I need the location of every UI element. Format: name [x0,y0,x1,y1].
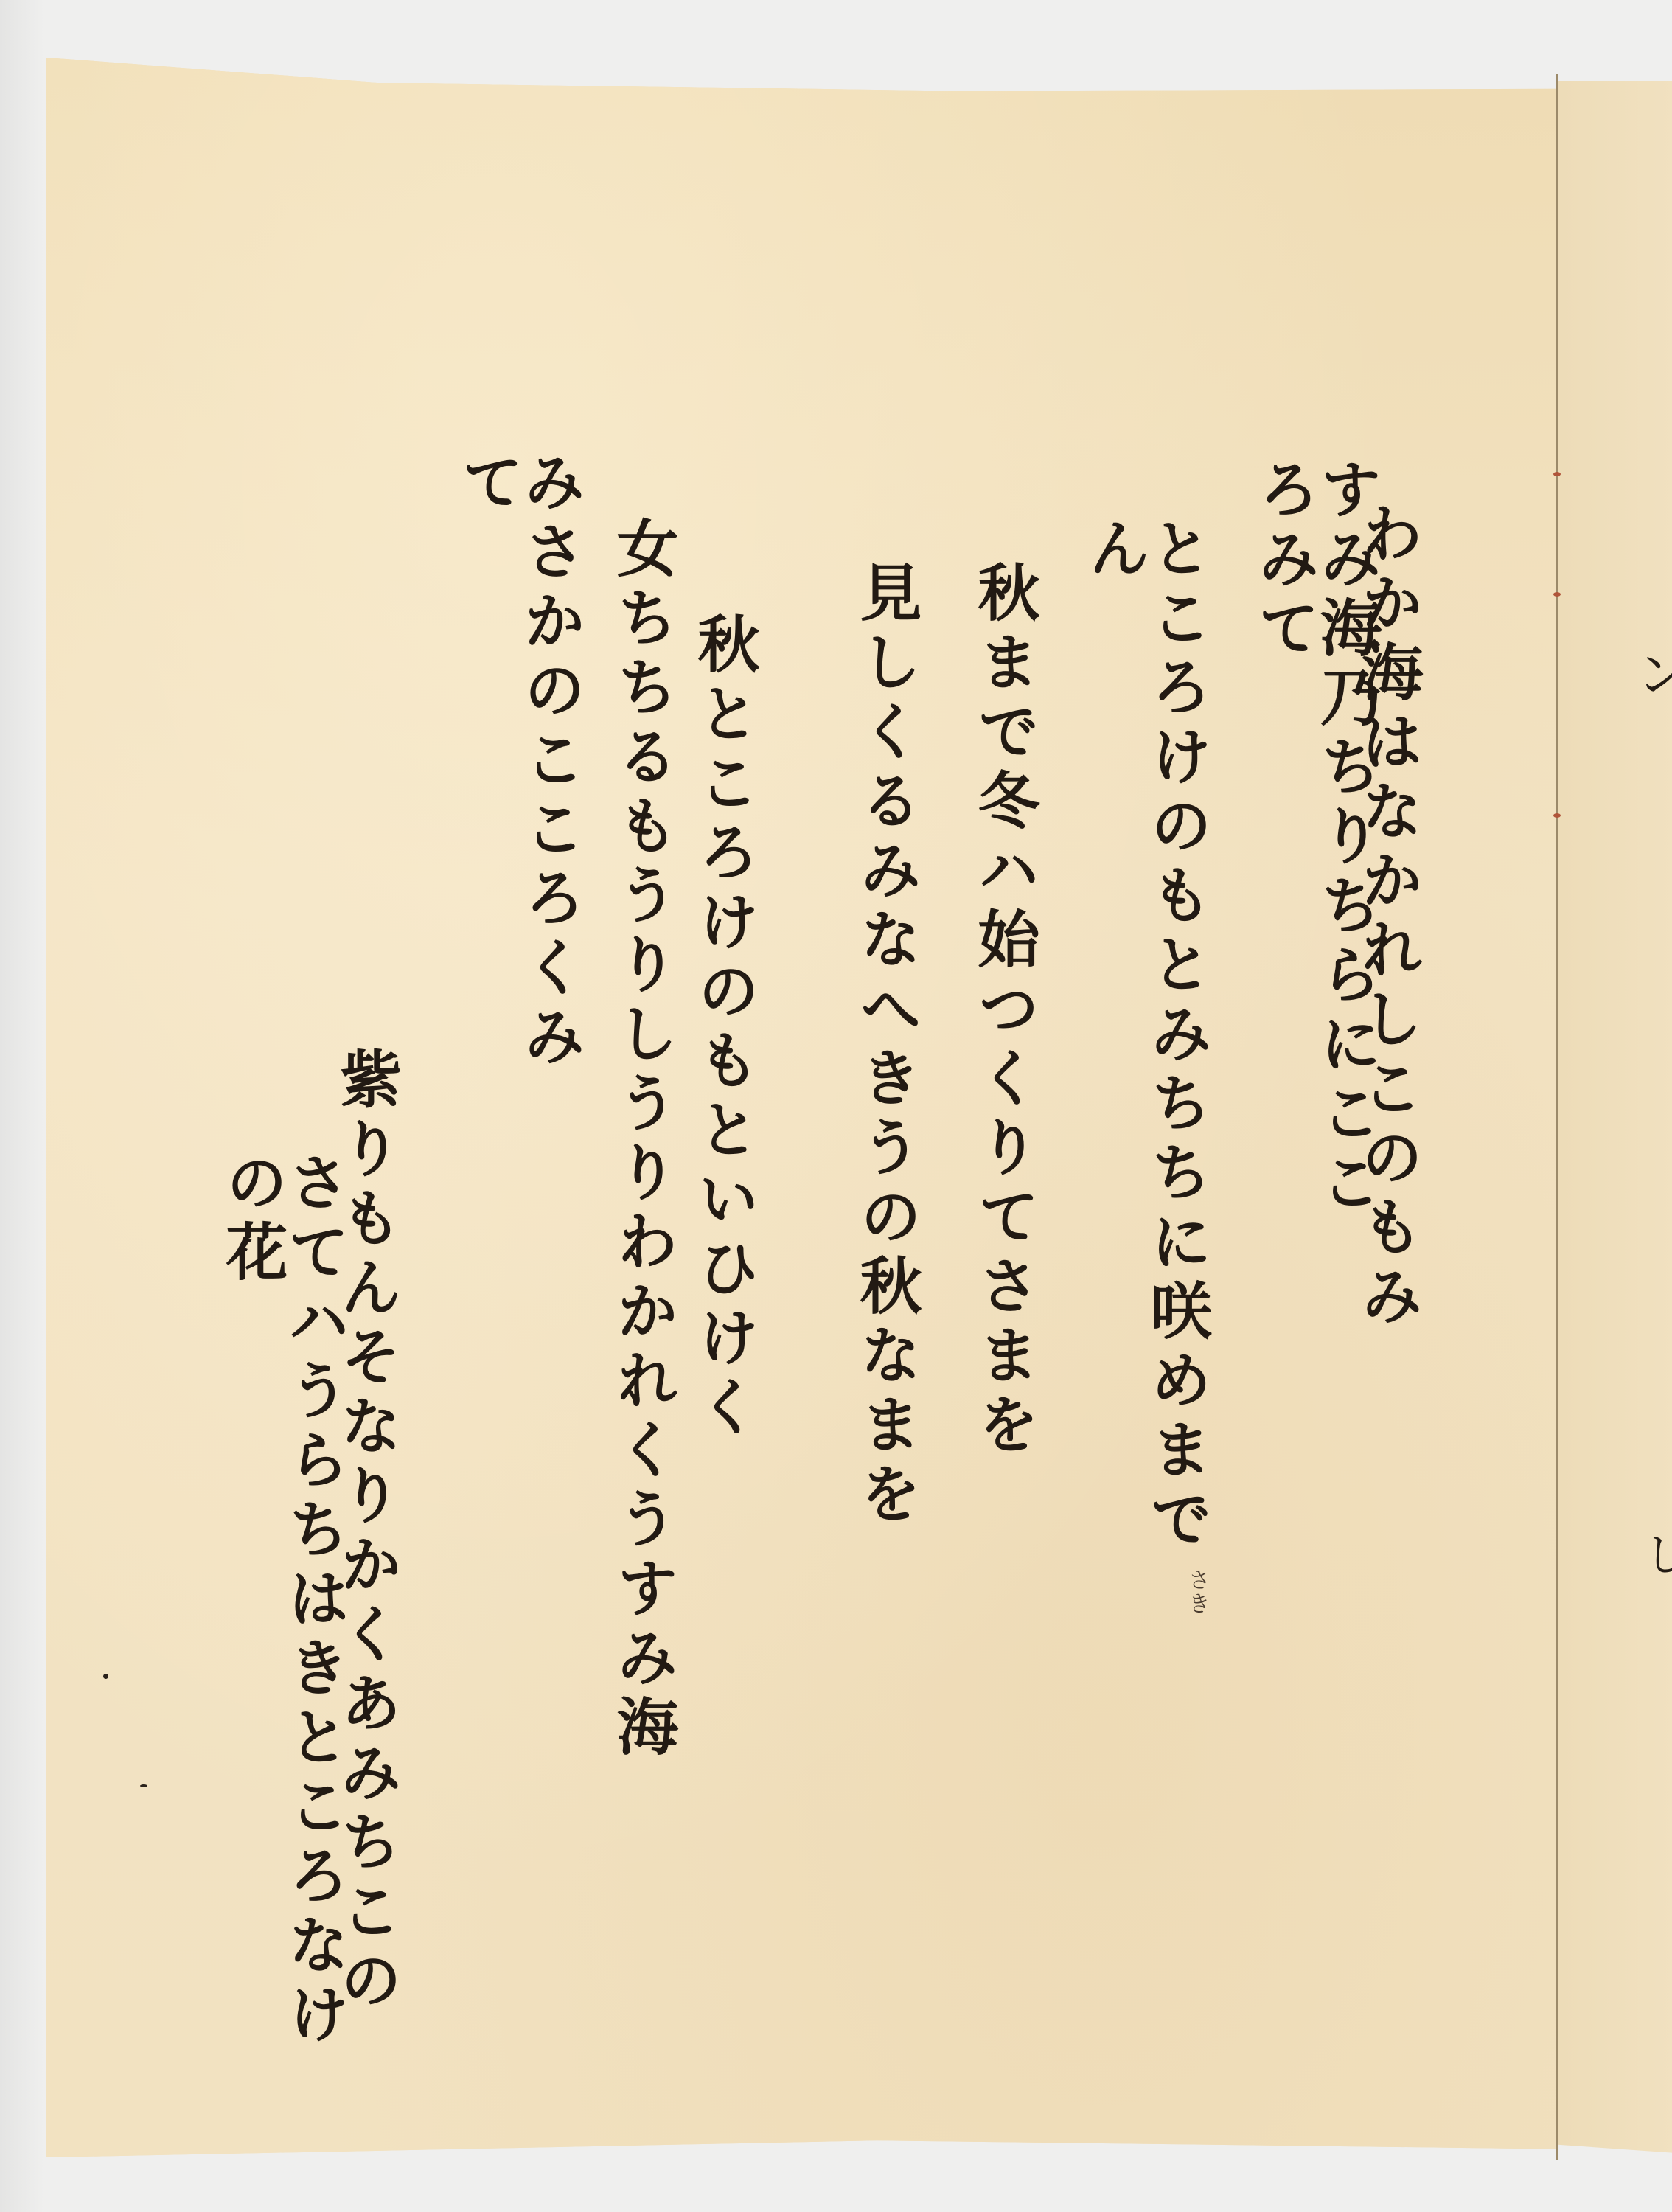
text-column-10: さてハうらちはきところなけの花 [221,1150,345,2101]
text-column-2: すみ海乃ちりちらにこころみて [1253,457,1377,1231]
furigana-annotation: さき [1185,1568,1208,1615]
text-column-3: ところけのもとみちちに咲めまでん [1084,516,1208,1600]
text-column-4: 秋まで冬ハ始つくりてさまを [973,560,1035,1637]
text-column-5: 見しくるみなへきうの秋なまを [855,560,917,1674]
text-columns: わか海はなかれしこのもみ すみ海乃ちりちらにこころみて ところけのもとみちちに咲… [0,0,1672,2212]
text-column-6: 秋ところけのもといひけく [693,612,755,1593]
text-column-7: 女ちちるもうりしうりわかれくうすみ海 [612,516,674,2101]
ink-speck [103,1674,108,1679]
text-column-8: みさかのこころくみて [457,450,581,1128]
ink-speck [140,1784,147,1787]
